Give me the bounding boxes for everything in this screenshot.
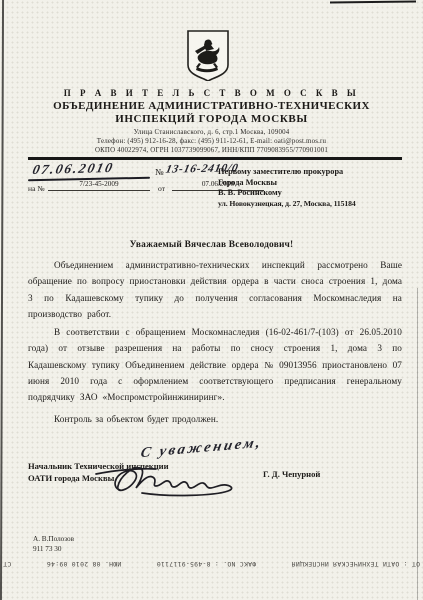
handwritten-outgoing-date: 07.06.2010: [31, 160, 116, 178]
reply-from-label: от: [158, 184, 165, 193]
scan-artifact-right-edge: [417, 288, 418, 600]
signer-name: Г. Д. Чепурной: [263, 469, 320, 479]
scanned-letter-page: П Р А В И Т Е Л Ь С Т В О М О С К В Ы ОБ…: [0, 0, 423, 600]
letterhead-address: Улица Станиславского, д. 6, стр.1 Москва…: [0, 129, 423, 136]
moscow-coat-of-arms-icon: [185, 29, 231, 86]
recipient-address: ул. Новокузнецкая, д. 27, Москва, 115184: [218, 199, 418, 210]
fax-from: ОТ : ОАТИ ТЕХНИЧЕСКАЯ ИНСПЕКЦИЯ: [291, 561, 420, 569]
executor-phone: 911 73 30: [33, 545, 74, 555]
fax-number: ФАКС NO. : 8-495-9117110: [157, 561, 257, 569]
fax-page: СТ: [3, 561, 11, 569]
letterhead-contacts: Телефон: (495) 912-16-28, факс: (495) 91…: [0, 138, 423, 145]
government-line: П Р А В И Т Е Л Ь С Т В О М О С К В Ы: [0, 88, 423, 98]
organization-name-line1: ОБЪЕДИНЕНИЕ АДМИНИСТРАТИВНО-ТЕХНИЧЕСКИХ: [0, 100, 423, 112]
scan-artifact-top-line: [330, 1, 416, 4]
executor-name: А. В.Полозов: [33, 535, 74, 545]
fax-datetime: ИЮН. 08 2010 09:46: [47, 561, 122, 569]
body-paragraph-1: Объединением административно-технических…: [28, 257, 402, 322]
recipient-line-3: В. В. Росинскому: [218, 188, 418, 199]
recipient-block: Первому заместителю прокурора Города Мос…: [218, 167, 418, 209]
body-paragraph-3: Контроль за объектом будет продолжен.: [28, 411, 402, 427]
recipient-line-1: Первому заместителю прокурора: [218, 167, 418, 178]
organization-name-line2: ИНСПЕКЦИЙ ГОРОДА МОСКВЫ: [0, 113, 423, 125]
executor-block: А. В.Полозов 911 73 30: [33, 535, 74, 554]
letterhead-codes: ОКПО 40022974, ОГРН 1037739099067, ИНН/К…: [0, 147, 423, 154]
number-sign: №: [155, 167, 164, 177]
signature-scrawl-icon: [92, 458, 267, 505]
reply-to-number: 7/23-45-2009: [48, 180, 150, 191]
recipient-line-2: Города Москвы: [218, 178, 418, 189]
letter-body: Объединением административно-технических…: [28, 257, 402, 427]
fax-transmission-header: ОТ : ОАТИ ТЕХНИЧЕСКАЯ ИНСПЕКЦИЯ ФАКС NO.…: [0, 557, 423, 572]
salutation: Уважаемый Вячеслав Всеволодович!: [0, 240, 423, 250]
reply-to-label: на №: [28, 184, 45, 193]
letterhead-divider-rule: [28, 157, 402, 160]
body-paragraph-2: В соответствии с обращением Москомнаслед…: [28, 324, 402, 405]
